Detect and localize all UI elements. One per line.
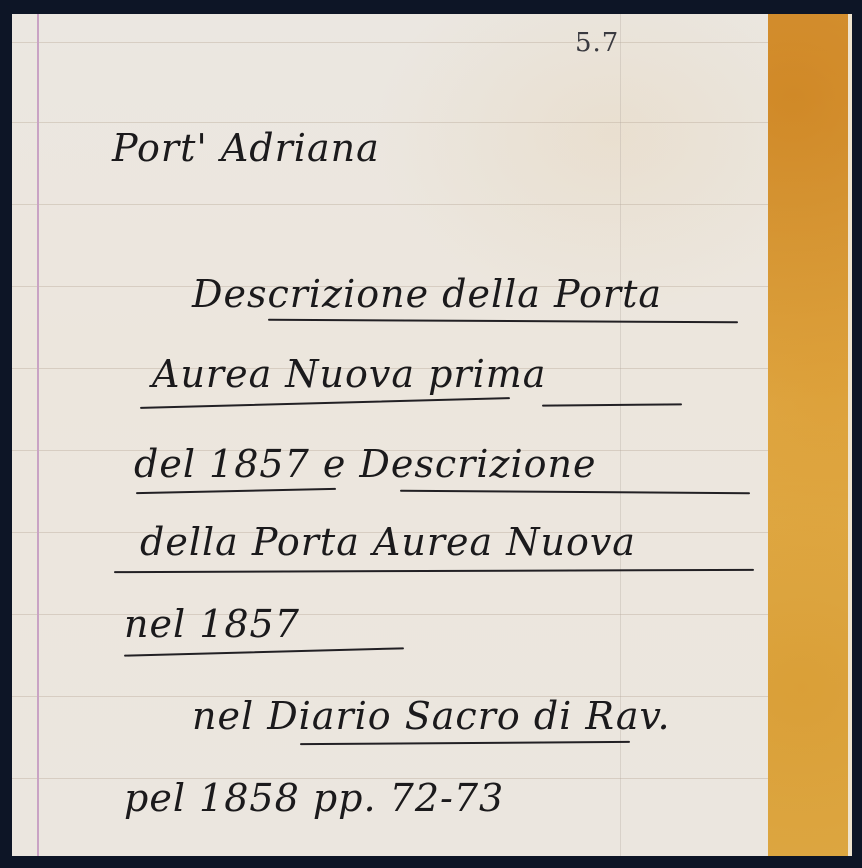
underline: [140, 397, 510, 409]
card-title: Port' Adriana: [112, 126, 380, 170]
ruled-line: [12, 204, 768, 205]
text-line: nel Diario Sacro di Rav.: [192, 694, 671, 738]
underline: [114, 569, 754, 573]
folio-number: 5.7: [575, 28, 619, 58]
underline: [124, 647, 404, 656]
note-card: 5.7 Port' Adriana Descrizione della Port…: [12, 14, 852, 856]
text-line: della Porta Aurea Nuova: [140, 520, 636, 564]
text-line: del 1857 e Descrizione: [134, 442, 596, 486]
underline: [136, 488, 336, 494]
underline: [400, 490, 750, 494]
card-right-edge: [848, 14, 852, 856]
ruled-line: [12, 122, 768, 123]
text-line: Aurea Nuova prima: [152, 352, 546, 396]
text-line: Descrizione della Porta: [192, 272, 662, 316]
underline: [300, 741, 630, 745]
text-line: pel 1858 pp. 72-73: [124, 776, 504, 820]
margin-line: [37, 14, 39, 856]
paper-discoloration: [372, 14, 772, 314]
text-line: nel 1857: [124, 602, 300, 646]
underline: [268, 319, 738, 323]
ruled-line: [12, 42, 768, 43]
yellow-stain-strip: [768, 14, 852, 856]
underline: [542, 403, 682, 406]
